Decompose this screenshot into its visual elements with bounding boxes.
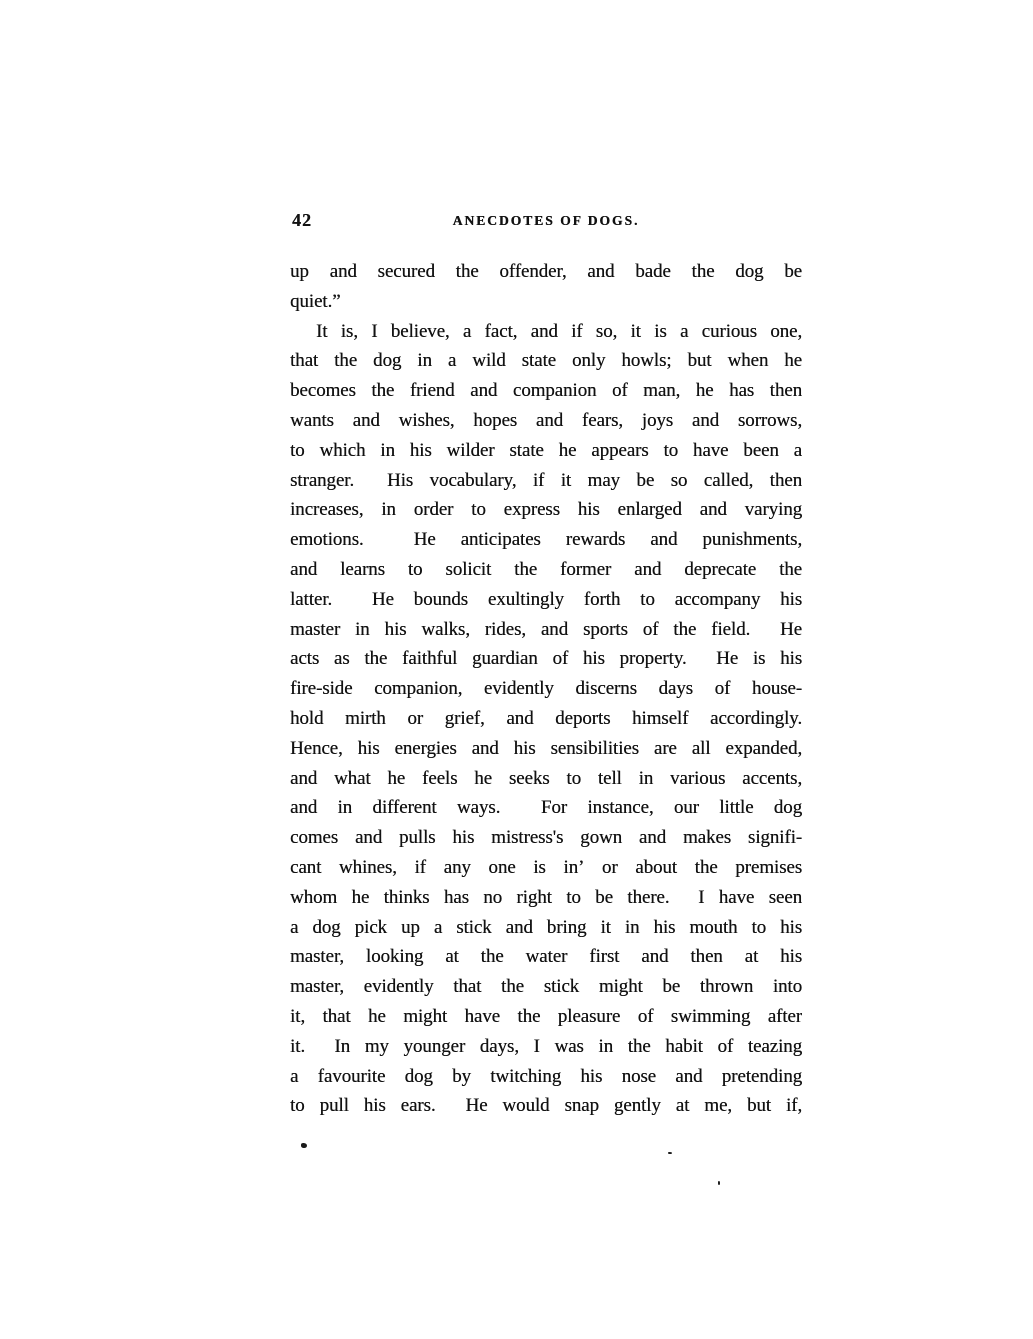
text-line: quiet.” — [290, 287, 802, 317]
text-line: Hence, his energies and his sensibilitie… — [290, 734, 802, 764]
text-line: and in different ways. For instance, our… — [290, 793, 802, 823]
running-head-title: ANECDOTES OF DOGS. — [290, 213, 802, 229]
scan-speck — [718, 1181, 720, 1185]
page-header: 42 ANECDOTES OF DOGS. — [290, 210, 802, 234]
body-text: up and secured the offender, and bade th… — [290, 257, 802, 1121]
text-line: to which in his wilder state he appears … — [290, 436, 802, 466]
text-line: master, looking at the water first and t… — [290, 942, 802, 972]
text-line: It is, I believe, a fact, and if so, it … — [290, 317, 802, 347]
text-line: master in his walks, rides, and sports o… — [290, 615, 802, 645]
scan-speck — [301, 1143, 307, 1148]
scanned-book-page: 42 ANECDOTES OF DOGS. up and secured the… — [0, 0, 1033, 1339]
text-line: acts as the faithful guardian of his pro… — [290, 644, 802, 674]
text-line: hold mirth or grief, and deports himself… — [290, 704, 802, 734]
text-line: and learns to solicit the former and dep… — [290, 555, 802, 585]
text-line: to pull his ears. He would snap gently a… — [290, 1091, 802, 1121]
text-line: master, evidently that the stick might b… — [290, 972, 802, 1002]
text-line: increases, in order to express his enlar… — [290, 495, 802, 525]
text-line: and what he feels he seeks to tell in va… — [290, 764, 802, 794]
text-line: comes and pulls his mistress's gown and … — [290, 823, 802, 853]
text-line: a dog pick up a stick and bring it in hi… — [290, 913, 802, 943]
text-line: that the dog in a wild state only howls;… — [290, 346, 802, 376]
text-line: wants and wishes, hopes and fears, joys … — [290, 406, 802, 436]
text-line: whom he thinks has no right to be there.… — [290, 883, 802, 913]
text-line: latter. He bounds exultingly forth to ac… — [290, 585, 802, 615]
text-line: it. In my younger days, I was in the hab… — [290, 1032, 802, 1062]
text-line: cant whines, if any one is inʼ or about … — [290, 853, 802, 883]
text-line: emotions. He anticipates rewards and pun… — [290, 525, 802, 555]
text-line: stranger. His vocabulary, if it may be s… — [290, 466, 802, 496]
text-line: a favourite dog by twitching his nose an… — [290, 1062, 802, 1092]
text-line: it, that he might have the pleasure of s… — [290, 1002, 802, 1032]
text-line: up and secured the offender, and bade th… — [290, 257, 802, 287]
scan-speck — [668, 1152, 672, 1154]
text-line: becomes the friend and companion of man,… — [290, 376, 802, 406]
text-line: fire-side companion, evidently discerns … — [290, 674, 802, 704]
